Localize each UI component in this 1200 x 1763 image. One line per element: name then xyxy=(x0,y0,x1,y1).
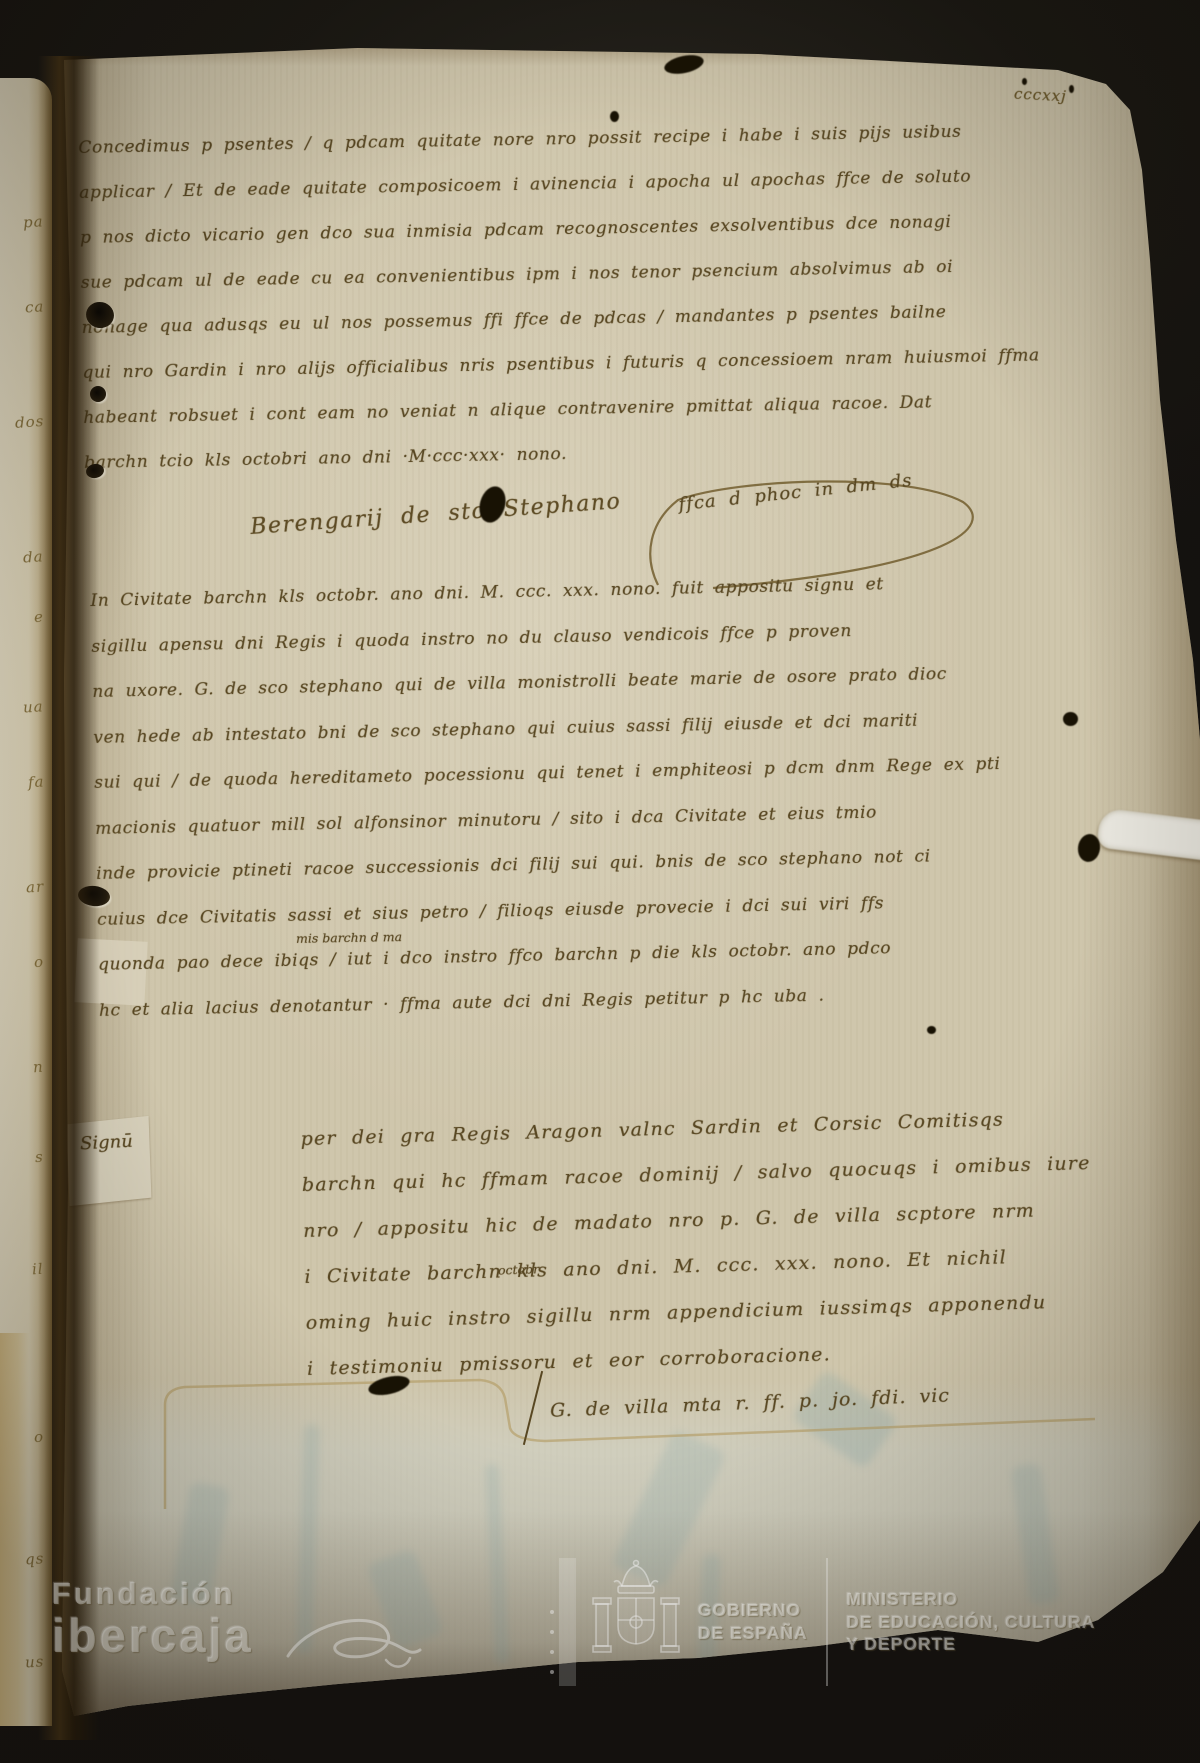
facing-page-text-fragment: e xyxy=(33,608,44,627)
facing-page-text-fragment: s xyxy=(35,1148,45,1167)
facing-page-text-fragment: pa xyxy=(23,212,45,231)
paragraph-notarial-record: In Civitate barchn kls octobr. ano dni. … xyxy=(90,560,1006,1034)
ink-speck xyxy=(610,111,619,122)
facing-page-text-fragment: o xyxy=(33,953,44,972)
margin-note-signu: Signū xyxy=(79,1131,133,1155)
ink-speck xyxy=(1069,85,1074,93)
interline-note-octobr: octobr xyxy=(498,1261,540,1277)
facing-page-edge: pacadosdaeuafaaronsiloqsus xyxy=(0,78,52,1726)
ink-speck xyxy=(938,52,945,58)
ministerio-watermark-text: MINISTERIO DE EDUCACIÓN, CULTURA Y DEPOR… xyxy=(846,1588,1095,1656)
signature-berengarius: Berengarij de sto Stephano xyxy=(250,489,622,540)
facing-page-text-fragment: dos xyxy=(14,412,45,432)
worm-hole xyxy=(90,386,106,402)
interline-note: mis barchn d ma xyxy=(296,929,402,946)
gobierno-watermark-text: GOBIERNO DE ESPAÑA xyxy=(698,1599,808,1645)
gobierno-line2: DE ESPAÑA xyxy=(698,1622,808,1645)
facing-page-text-fragment: fa xyxy=(27,772,45,791)
gobierno-line1: GOBIERNO xyxy=(698,1599,808,1622)
repair-slip-signu xyxy=(67,1116,152,1206)
manuscript-photo: pacadosdaeuafaaronsiloqsus cccxxj Conced… xyxy=(0,0,1200,1763)
facing-page-text-fragment: o xyxy=(33,1428,44,1447)
spain-government-watermark: GOBIERNO DE ESPAÑA MINISTERIO DE EDUCACI… xyxy=(548,1556,1095,1688)
paragraph-royal-grant: Concedimus p psentes / q pdcam quitate n… xyxy=(78,108,1042,485)
paragraph-royal-confirmation: per dei gra Regis Aragon valnc Sardin et… xyxy=(300,1094,1096,1392)
folio-number: cccxxj xyxy=(1014,85,1068,106)
spain-coat-of-arms-icon xyxy=(588,1556,684,1688)
manuscript-page: cccxxj Concedimus p psentes / q pdcam qu… xyxy=(58,40,1200,1740)
ibercaja-logo-icon xyxy=(282,1608,422,1694)
facing-page-text-fragment: ca xyxy=(24,297,45,316)
eu-flag-icon xyxy=(548,1556,578,1688)
facing-page-text-fragment: da xyxy=(23,547,45,566)
ink-blot xyxy=(1063,712,1078,726)
facing-page-text-fragment: il xyxy=(32,1260,45,1279)
ink-speck xyxy=(1022,78,1027,85)
ibercaja-watermark-line1: Fundación xyxy=(52,1576,254,1612)
ink-blot xyxy=(663,52,706,77)
chancery-bracket-note: ffca d phoc in dm ds xyxy=(678,470,914,515)
facing-page-text-fragment: qs xyxy=(24,1549,45,1568)
ibercaja-watermark: Fundación ibercaja xyxy=(52,1576,254,1659)
facing-page-text-fragment: n xyxy=(33,1058,45,1077)
facing-page-text-fragment: ua xyxy=(23,697,45,716)
ministerio-line2: DE EDUCACIÓN, CULTURA xyxy=(846,1611,1095,1634)
facing-page-text-fragment: us xyxy=(24,1652,45,1671)
ministerio-line3: Y DEPORTE xyxy=(846,1633,1095,1656)
ibercaja-watermark-line2: ibercaja xyxy=(52,1612,254,1659)
watermark-divider xyxy=(826,1558,829,1686)
facing-page-text-fragment: ar xyxy=(25,877,44,896)
ink-speck xyxy=(927,1026,936,1034)
worm-tear-repair xyxy=(1096,807,1200,868)
ministerio-line1: MINISTERIO xyxy=(846,1588,1095,1611)
